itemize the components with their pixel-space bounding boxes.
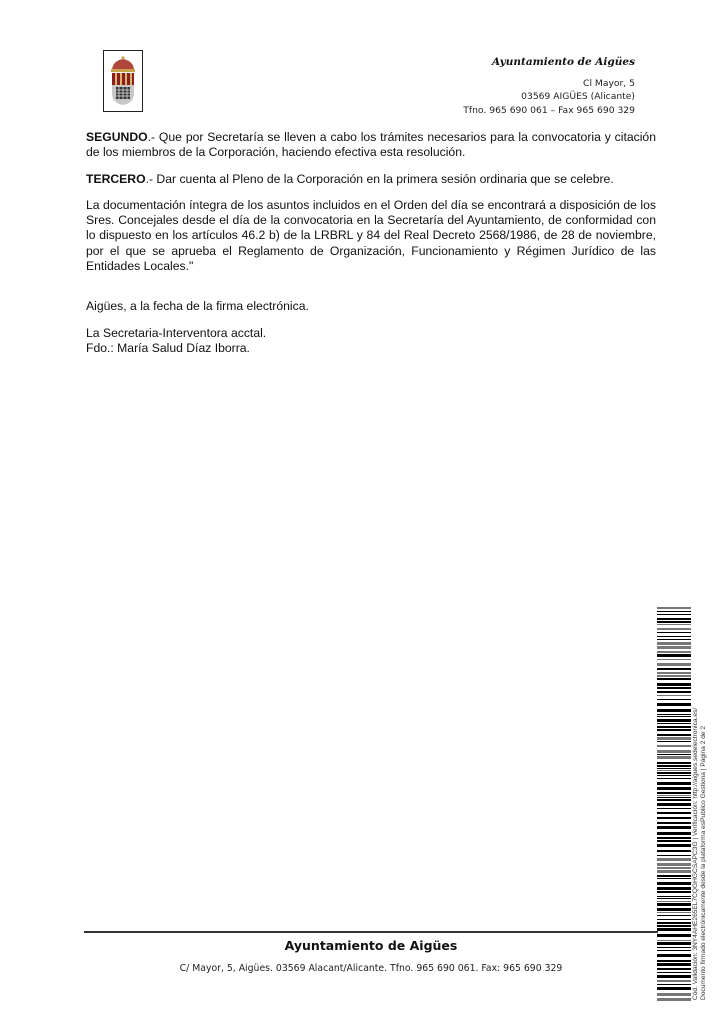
municipal-logo [103,50,143,112]
segundo-label: SEGUNDO [86,130,148,144]
footer-organization: Ayuntamiento de Aigües [84,938,658,953]
letterhead-address-street: Cl Mayor, 5 [463,77,635,91]
verification-text: Cód. Validación: 3NY4AHE265EL7CQGHGCSAPC… [692,660,708,1000]
signer-name: Fdo.: María Salud Díaz Iborra. [86,341,656,356]
document-body: SEGUNDO.- Que por Secretaría se lleven a… [86,130,656,356]
tercero-text: .- Dar cuenta al Pleno de la Corporación… [146,172,614,186]
letterhead-address-city: 03569 AIGÜES (Alicante) [463,90,635,104]
signer-role: La Secretaria-Interventora acctal. [86,326,656,341]
tercero-label: TERCERO [86,172,146,186]
verification-platform-line: Documento firmado electrónicamente desde… [700,660,708,1000]
paragraph-documentation: La documentación íntegra de los asuntos … [86,198,656,274]
paragraph-segundo: SEGUNDO.- Que por Secretaría se lleven a… [86,130,656,161]
letterhead-organization: Ayuntamiento de Aigües [463,56,635,70]
letterhead: Ayuntamiento de Aigües Cl Mayor, 5 03569… [463,56,635,117]
segundo-text: .- Que por Secretaría se lleven a cabo l… [86,130,656,159]
verification-barcode [657,607,691,1002]
letterhead-phone-fax: Tfno. 965 690 061 – Fax 965 690 329 [463,104,635,118]
coat-of-arms-icon [107,55,139,107]
verification-code-line: Cód. Validación: 3NY4AHE265EL7CQGHGCSAPC… [692,660,700,1000]
footer-address: C/ Mayor, 5, Aigües. 03569 Alacant/Alica… [84,963,658,974]
footer-divider [84,931,658,933]
place-date: Aigües, a la fecha de la firma electróni… [86,299,656,314]
paragraph-tercero: TERCERO.- Dar cuenta al Pleno de la Corp… [86,172,656,187]
